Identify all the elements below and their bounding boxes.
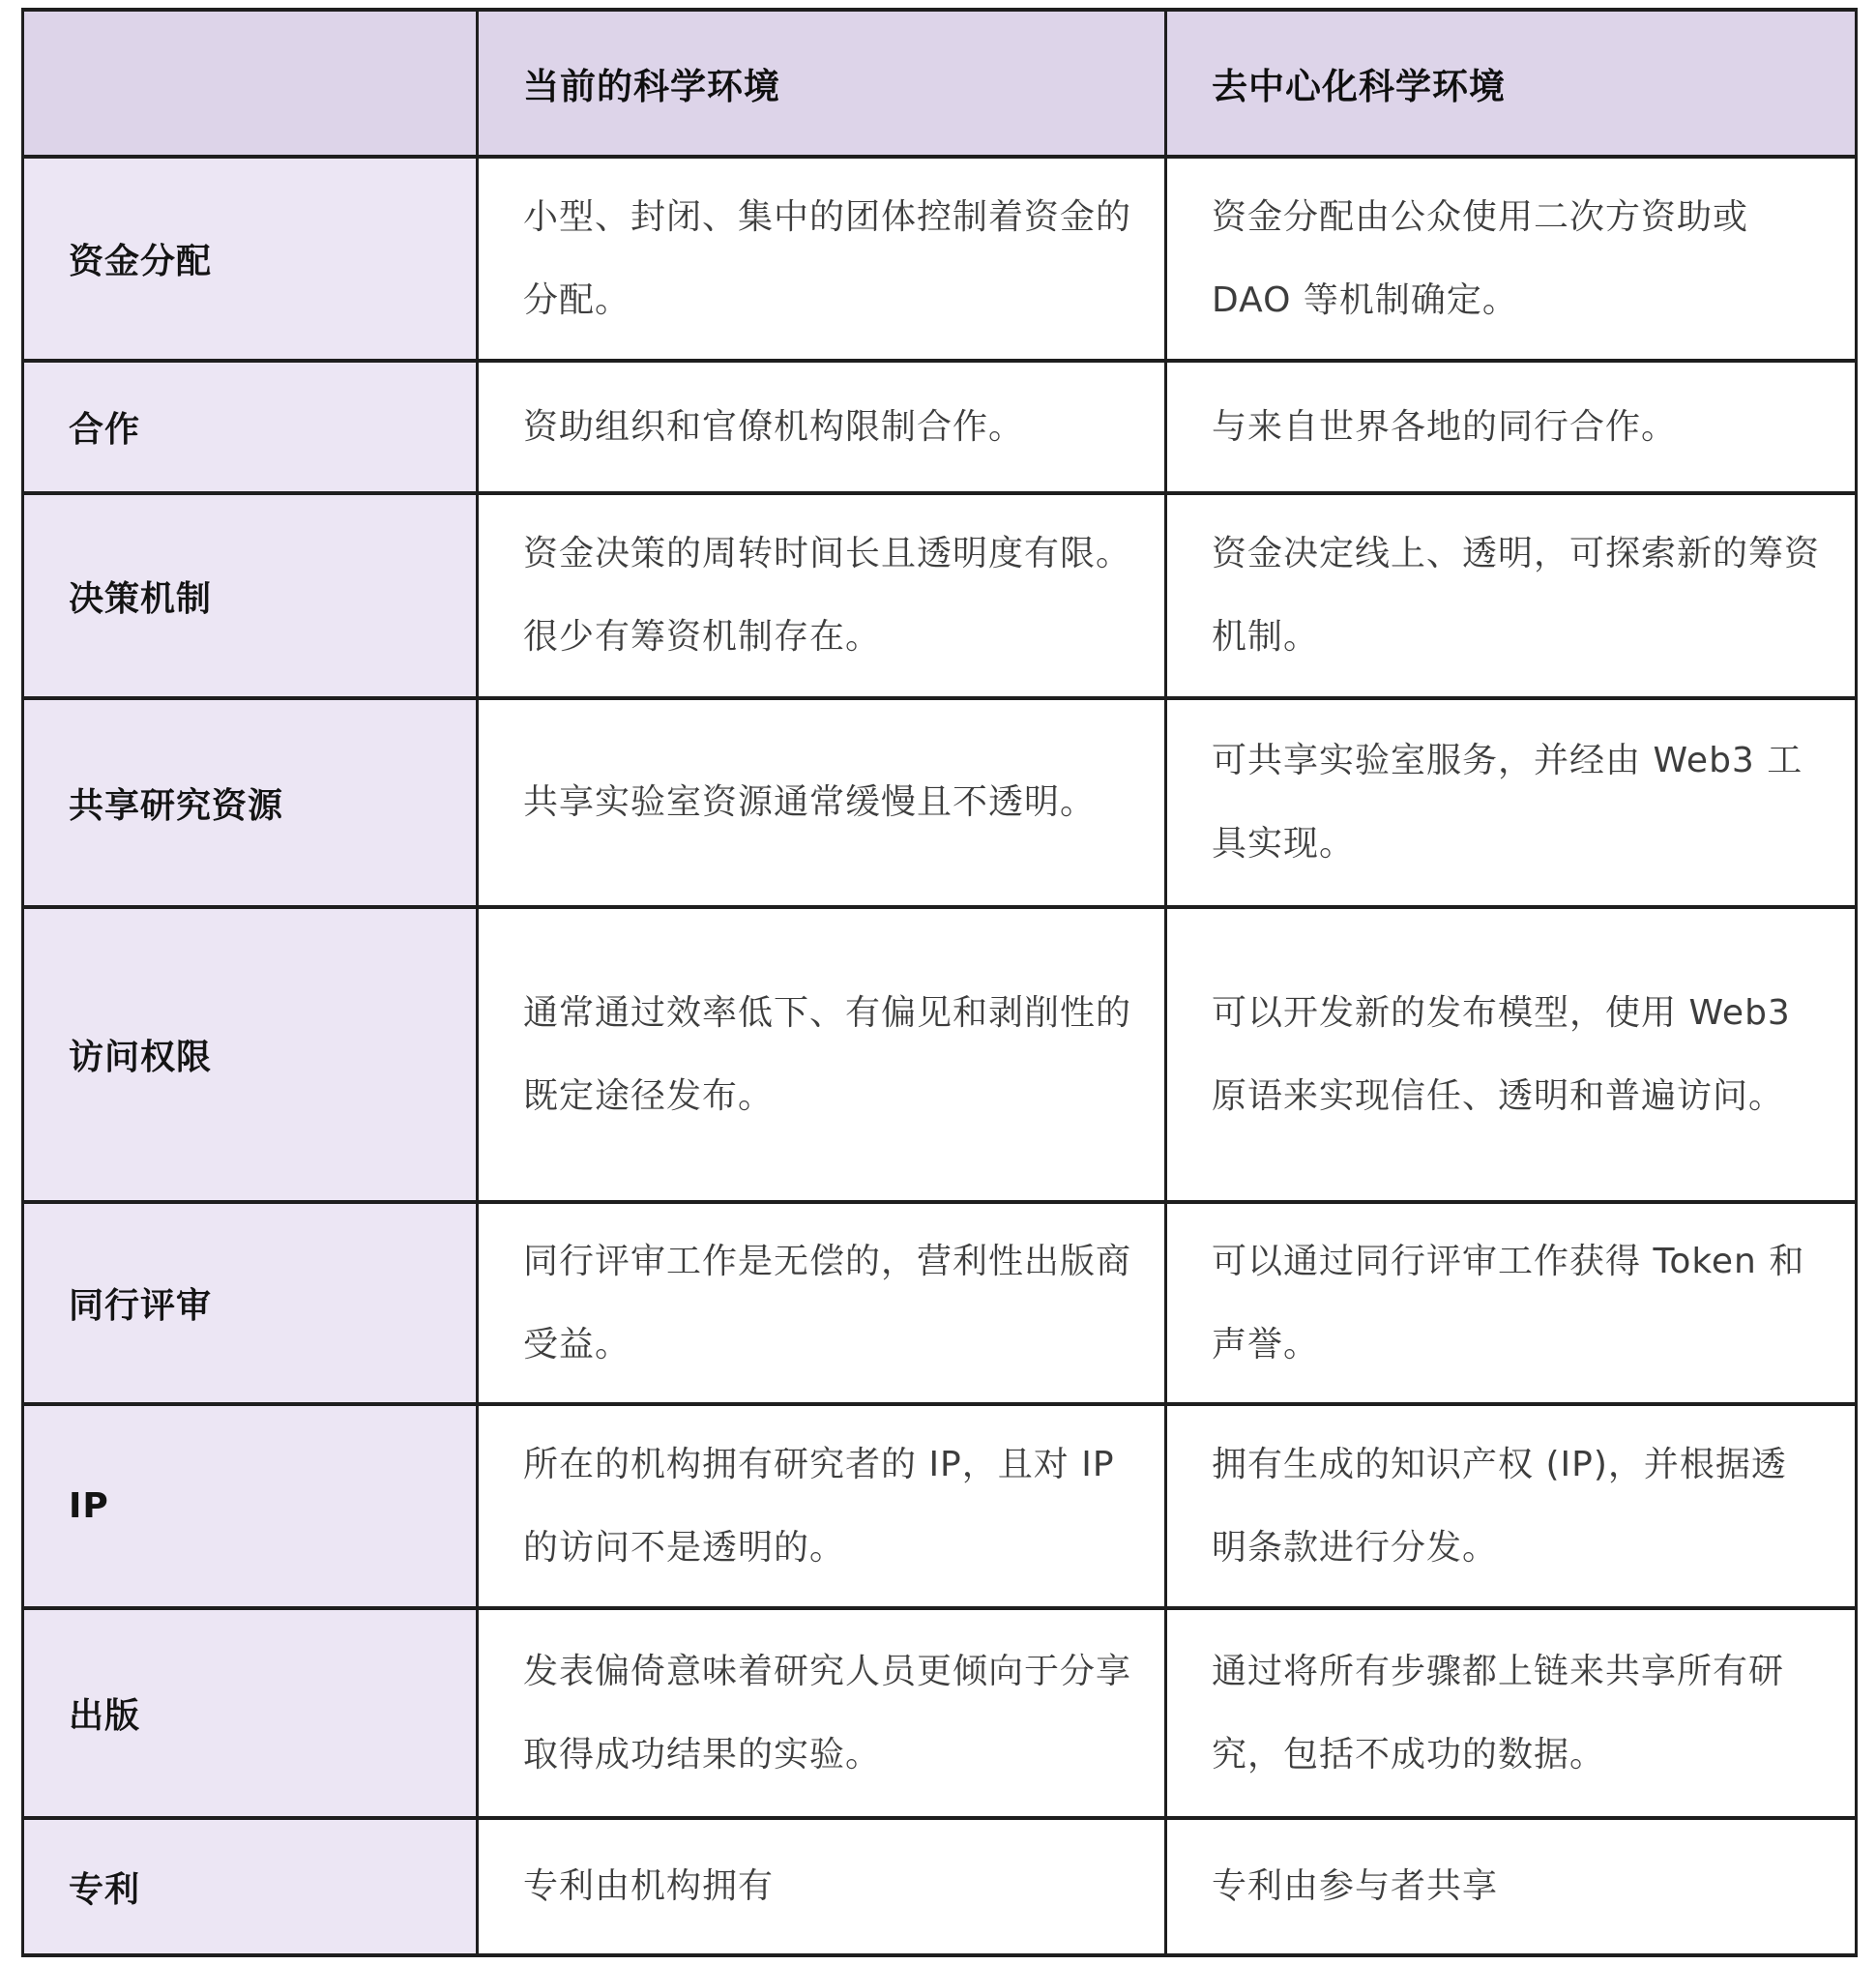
desci-env-cell: 与来自世界各地的同行合作。	[1166, 361, 1857, 493]
table-row: 专利 专利由机构拥有 专利由参与者共享	[23, 1818, 1857, 1955]
row-label: 访问权限	[23, 907, 478, 1202]
desci-env-cell: 通过将所有步骤都上链来共享所有研究，包括不成功的数据。	[1166, 1608, 1857, 1818]
comparison-table: 当前的科学环境 去中心化科学环境 资金分配 小型、封闭、集中的团体控制着资金的分…	[21, 8, 1858, 1957]
current-env-cell: 专利由机构拥有	[478, 1818, 1166, 1955]
row-label: 同行评审	[23, 1202, 478, 1404]
row-label: 合作	[23, 361, 478, 493]
header-row: 当前的科学环境 去中心化科学环境	[23, 10, 1857, 157]
desci-env-cell: 资金分配由公众使用二次方资助或 DAO 等机制确定。	[1166, 157, 1857, 361]
comparison-table-container: 当前的科学环境 去中心化科学环境 资金分配 小型、封闭、集中的团体控制着资金的分…	[21, 8, 1858, 1957]
row-label: 共享研究资源	[23, 698, 478, 907]
current-env-cell: 共享实验室资源通常缓慢且不透明。	[478, 698, 1166, 907]
desci-env-cell: 可以开发新的发布模型，使用 Web3 原语来实现信任、透明和普遍访问。	[1166, 907, 1857, 1202]
row-label: 出版	[23, 1608, 478, 1818]
row-label: IP	[23, 1404, 478, 1608]
current-env-cell: 通常通过效率低下、有偏见和剥削性的既定途径发布。	[478, 907, 1166, 1202]
desci-env-cell: 可以通过同行评审工作获得 Token 和声誉。	[1166, 1202, 1857, 1404]
current-env-cell: 资金决策的周转时间长且透明度有限。很少有筹资机制存在。	[478, 493, 1166, 698]
column-header-empty	[23, 10, 478, 157]
current-env-cell: 发表偏倚意味着研究人员更倾向于分享取得成功结果的实验。	[478, 1608, 1166, 1818]
current-env-cell: 资助组织和官僚机构限制合作。	[478, 361, 1166, 493]
column-header-current-env: 当前的科学环境	[478, 10, 1166, 157]
desci-env-cell: 资金决定线上、透明，可探索新的筹资机制。	[1166, 493, 1857, 698]
table-row: 合作 资助组织和官僚机构限制合作。 与来自世界各地的同行合作。	[23, 361, 1857, 493]
desci-env-cell: 专利由参与者共享	[1166, 1818, 1857, 1955]
table-row: 出版 发表偏倚意味着研究人员更倾向于分享取得成功结果的实验。 通过将所有步骤都上…	[23, 1608, 1857, 1818]
current-env-cell: 同行评审工作是无偿的，营利性出版商受益。	[478, 1202, 1166, 1404]
column-header-desci-env: 去中心化科学环境	[1166, 10, 1857, 157]
row-label: 专利	[23, 1818, 478, 1955]
row-label: 资金分配	[23, 157, 478, 361]
table-row: 同行评审 同行评审工作是无偿的，营利性出版商受益。 可以通过同行评审工作获得 T…	[23, 1202, 1857, 1404]
table-row: 资金分配 小型、封闭、集中的团体控制着资金的分配。 资金分配由公众使用二次方资助…	[23, 157, 1857, 361]
desci-env-cell: 拥有生成的知识产权 (IP)，并根据透明条款进行分发。	[1166, 1404, 1857, 1608]
table-row: 访问权限 通常通过效率低下、有偏见和剥削性的既定途径发布。 可以开发新的发布模型…	[23, 907, 1857, 1202]
table-row: IP 所在的机构拥有研究者的 IP，且对 IP 的访问不是透明的。 拥有生成的知…	[23, 1404, 1857, 1608]
current-env-cell: 小型、封闭、集中的团体控制着资金的分配。	[478, 157, 1166, 361]
current-env-cell: 所在的机构拥有研究者的 IP，且对 IP 的访问不是透明的。	[478, 1404, 1166, 1608]
table-row: 共享研究资源 共享实验室资源通常缓慢且不透明。 可共享实验室服务，并经由 Web…	[23, 698, 1857, 907]
row-label: 决策机制	[23, 493, 478, 698]
desci-env-cell: 可共享实验室服务，并经由 Web3 工具实现。	[1166, 698, 1857, 907]
table-row: 决策机制 资金决策的周转时间长且透明度有限。很少有筹资机制存在。 资金决定线上、…	[23, 493, 1857, 698]
